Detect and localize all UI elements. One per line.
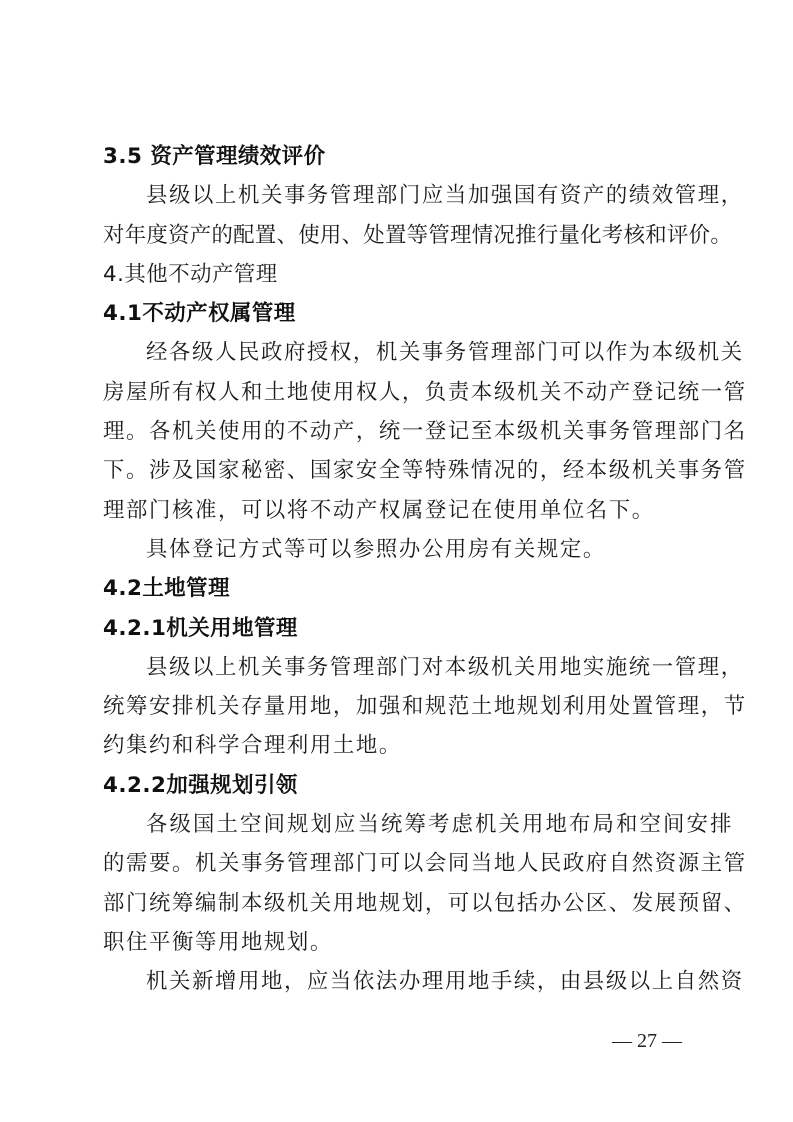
heading-4-2-2: 4.2.2加强规划引领 [103, 766, 693, 805]
paragraph-line: 统筹安排机关存量用地，加强和规范土地规划利用处置管理，节 [103, 687, 690, 726]
paragraph-line: 房屋所有权人和土地使用权人，负责本级机关不动产登记统一管 [103, 373, 690, 412]
heading-4-1: 4.1不动产权属管理 [103, 294, 693, 333]
paragraph-line: 约集约和科学合理利用土地。 [103, 726, 693, 765]
document-page: 3.5 资产管理绩效评价 县级以上机关事务管理部门应当加强国有资产的绩效管理， … [103, 137, 693, 1002]
paragraph-line: 理部门核准，可以将不动产权属登记在使用单位名下。 [103, 491, 693, 530]
paragraph-line: 部门统筹编制本级机关用地规划，可以包括办公区、发展预留、 [103, 884, 690, 923]
paragraph-line: 下。涉及国家秘密、国家安全等特殊情况的，经本级机关事务管 [103, 451, 690, 490]
paragraph-line: 县级以上机关事务管理部门对本级机关用地实施统一管理， [103, 648, 733, 687]
paragraph-line: 理。各机关使用的不动产，统一登记至本级机关事务管理部门名 [103, 412, 690, 451]
paragraph-line: 机关新增用地，应当依法办理用地手续，由县级以上自然资 [103, 962, 733, 1001]
paragraph-line: 各级国土空间规划应当统筹考虑机关用地布局和空间安排 [103, 805, 733, 844]
paragraph-line: 对年度资产的配置、使用、处置等管理情况推行量化考核和评价。 [103, 216, 693, 255]
paragraph-line: 具体登记方式等可以参照办公用房有关规定。 [103, 530, 693, 569]
heading-3-5: 3.5 资产管理绩效评价 [103, 137, 693, 176]
page-number: — 27 — [612, 1030, 682, 1053]
heading-4: 4.其他不动产管理 [103, 255, 693, 294]
heading-4-2-1: 4.2.1机关用地管理 [103, 609, 693, 648]
paragraph-line: 经各级人民政府授权，机关事务管理部门可以作为本级机关 [103, 333, 733, 372]
paragraph-line: 县级以上机关事务管理部门应当加强国有资产的绩效管理， [103, 176, 733, 215]
paragraph-line: 的需要。机关事务管理部门可以会同当地人民政府自然资源主管 [103, 844, 690, 883]
paragraph-line: 职住平衡等用地规划。 [103, 923, 693, 962]
heading-4-2: 4.2土地管理 [103, 569, 693, 608]
